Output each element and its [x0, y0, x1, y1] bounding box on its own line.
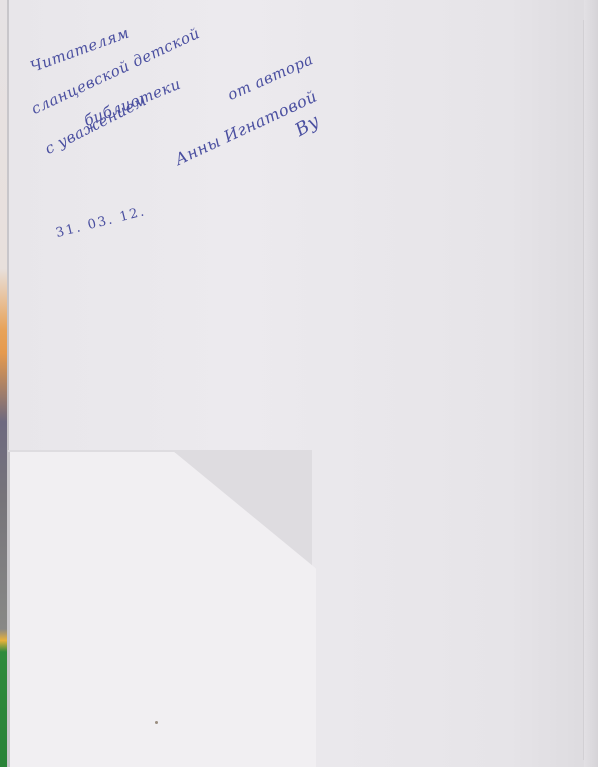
paper-speck — [155, 721, 158, 724]
author-signature: Ву — [292, 110, 324, 141]
page-fold-line — [583, 20, 584, 760]
inscription-date: 31. 03. 12. — [54, 204, 147, 241]
library-pocket-edge — [8, 452, 10, 767]
book-endpaper: Читателям сланцевской детской библиотеки… — [0, 0, 598, 767]
book-cover-edge — [0, 0, 7, 767]
right-page-margin — [584, 0, 598, 767]
